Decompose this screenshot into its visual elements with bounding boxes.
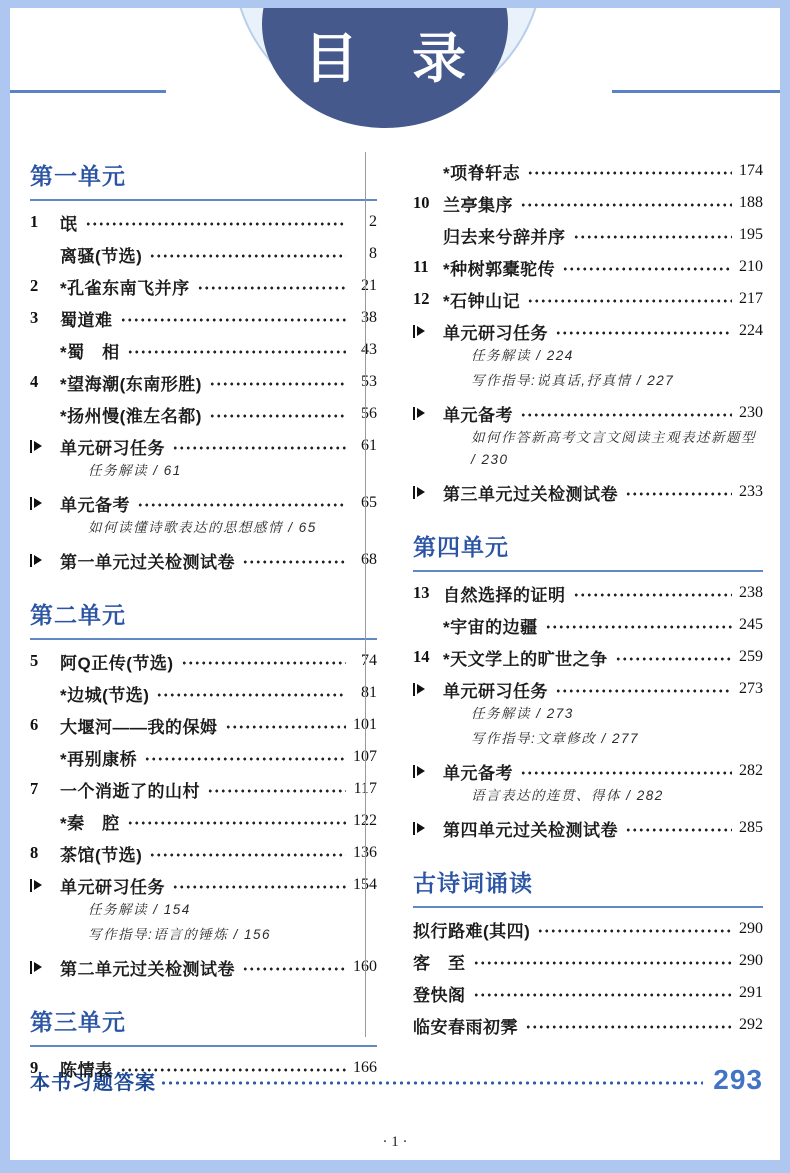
toc-entry: 单元备考65: [30, 492, 377, 514]
entry-title: 归去来兮辞并序: [443, 223, 566, 248]
toc-entry: 登快阁291: [413, 982, 763, 1004]
entry-title: 拟行路难(其四): [413, 917, 530, 942]
dot-leader: [85, 218, 347, 230]
entry-title: 蜀道难: [60, 306, 113, 331]
dot-leader: [120, 314, 347, 326]
toc-entry: 8茶馆(节选)136: [30, 842, 377, 864]
entry-note: 写作指导:语言的锤炼 / 156: [88, 924, 377, 946]
dot-leader: [137, 499, 346, 511]
play-marker-icon: [30, 879, 60, 892]
entry-title: *蜀 相: [60, 338, 120, 363]
dot-leader: [555, 685, 732, 697]
entry-title: *扬州慢(淮左名都): [60, 402, 202, 427]
dot-leader: [545, 621, 732, 633]
dot-leader: [172, 881, 346, 893]
toc-entry: 单元备考282: [413, 760, 763, 782]
entry-title: 一个消逝了的山村: [60, 777, 200, 802]
marker-bar-icon: [413, 765, 415, 778]
entry-page-number: 43: [351, 341, 377, 359]
play-marker-icon: [30, 961, 60, 974]
toc-entry: 第二单元过关检测试卷160: [30, 956, 377, 978]
toc-entry: *项脊轩志174: [413, 160, 763, 182]
entry-note: 语言表达的连贯、得体 / 282: [471, 785, 763, 807]
entry-title: *边城(节选): [60, 681, 149, 706]
entry-page-number: 154: [351, 876, 377, 894]
marker-bar-icon: [30, 440, 32, 453]
dot-leader: [149, 849, 346, 861]
toc-entry: 9陈情表166: [30, 1057, 377, 1079]
lesson-number: 14: [413, 647, 443, 667]
toc-entry: 6大堰河——我的保姆101: [30, 714, 377, 736]
lesson-number: 8: [30, 843, 60, 863]
entry-page-number: 245: [737, 616, 763, 634]
marker-bar-icon: [413, 822, 415, 835]
dot-leader: [172, 442, 346, 454]
marker-triangle-icon: [417, 766, 425, 776]
toc-entry: 10兰亭集序188: [413, 192, 763, 214]
toc-column-left: 第一单元1氓2离骚(节选)82*孔雀东南飞并序213蜀道难38*蜀 相434*望…: [30, 150, 377, 1042]
dot-leader: [156, 689, 346, 701]
entry-title: 单元备考: [443, 401, 513, 426]
toc-entry: 3蜀道难38: [30, 307, 377, 329]
entry-page-number: 53: [351, 373, 377, 391]
marker-bar-icon: [413, 407, 415, 420]
toc-entry: 单元研习任务273: [413, 678, 763, 700]
play-marker-icon: [413, 683, 443, 696]
entry-page-number: 21: [351, 277, 377, 295]
header-rule-left: [8, 90, 166, 93]
toc-entry: *宇宙的边疆245: [413, 614, 763, 636]
entry-title: 单元研习任务: [443, 319, 548, 344]
entry-note: 如何作答新高考文言文阅读主观表述新题型 / 230: [471, 427, 763, 471]
marker-bar-icon: [413, 325, 415, 338]
entry-page-number: 224: [737, 322, 763, 340]
dot-leader: [573, 589, 733, 601]
toc-columns: 第一单元1氓2离骚(节选)82*孔雀东南飞并序213蜀道难38*蜀 相434*望…: [0, 150, 790, 1042]
play-marker-icon: [413, 486, 443, 499]
entry-title: 陈情表: [60, 1056, 113, 1081]
marker-triangle-icon: [417, 408, 425, 418]
dot-leader: [225, 721, 347, 733]
toc-entry: 12*石钟山记217: [413, 288, 763, 310]
entry-page-number: 188: [737, 194, 763, 212]
toc-entry: 单元研习任务224: [413, 320, 763, 342]
section-heading: 第三单元: [30, 1004, 377, 1047]
entry-page-number: 273: [737, 680, 763, 698]
entry-title: 自然选择的证明: [443, 581, 566, 606]
toc-entry: 第一单元过关检测试卷68: [30, 549, 377, 571]
entry-title: 第三单元过关检测试卷: [443, 480, 618, 505]
entry-page-number: 285: [737, 819, 763, 837]
toc-page: 目 录 第一单元1氓2离骚(节选)82*孔雀东南飞并序213蜀道难38*蜀 相4…: [0, 0, 790, 1173]
entry-page-number: 210: [737, 258, 763, 276]
dot-leader: [149, 250, 346, 262]
entry-title: 客 至: [413, 949, 466, 974]
entry-page-number: 230: [737, 404, 763, 422]
entry-page-number: 117: [351, 780, 377, 798]
dot-leader: [625, 488, 732, 500]
entry-page-number: 136: [351, 844, 377, 862]
marker-triangle-icon: [417, 487, 425, 497]
play-marker-icon: [413, 822, 443, 835]
marker-triangle-icon: [34, 880, 42, 890]
dot-leader: [242, 556, 346, 568]
entry-title: *项脊轩志: [443, 159, 520, 184]
entry-page-number: 68: [351, 551, 377, 569]
entry-page-number: 233: [737, 483, 763, 501]
entry-note: 任务解读 / 273: [471, 703, 763, 725]
toc-entry: 5阿Q正传(节选)74: [30, 650, 377, 672]
entry-page-number: 160: [351, 958, 377, 976]
dot-leader: [207, 785, 346, 797]
dot-leader: [520, 767, 732, 779]
marker-triangle-icon: [417, 326, 425, 336]
lesson-number: 13: [413, 583, 443, 603]
entry-page-number: 61: [351, 437, 377, 455]
footer-page-number: · 1 ·: [0, 1134, 790, 1151]
toc-entry: 拟行路难(其四)290: [413, 918, 763, 940]
dot-leader: [537, 925, 732, 937]
toc-entry: 临安春雨初霁292: [413, 1014, 763, 1036]
entry-title: 登快阁: [413, 981, 466, 1006]
entry-page-number: 282: [737, 762, 763, 780]
entry-title: 茶馆(节选): [60, 841, 142, 866]
play-marker-icon: [30, 440, 60, 453]
entry-title: *望海潮(东南形胜): [60, 370, 202, 395]
toc-entry: 1氓2: [30, 211, 377, 233]
column-divider: [365, 152, 366, 1037]
entry-page-number: 217: [737, 290, 763, 308]
toc-entry: *边城(节选)81: [30, 682, 377, 704]
entry-page-number: 107: [351, 748, 377, 766]
dot-leader: [242, 963, 346, 975]
entry-page-number: 74: [351, 652, 377, 670]
play-marker-icon: [30, 554, 60, 567]
entry-page-number: 291: [737, 984, 763, 1002]
entry-title: 单元研习任务: [60, 873, 165, 898]
entry-title: 离骚(节选): [60, 242, 142, 267]
toc-entry: 离骚(节选)8: [30, 243, 377, 265]
lesson-number: 2: [30, 276, 60, 296]
marker-triangle-icon: [34, 498, 42, 508]
entry-title: *石钟山记: [443, 287, 520, 312]
toc-entry: 归去来兮辞并序195: [413, 224, 763, 246]
lesson-number: 12: [413, 289, 443, 309]
toc-entry: 单元备考230: [413, 402, 763, 424]
entry-title: 大堰河——我的保姆: [60, 713, 218, 738]
entry-page-number: 81: [351, 684, 377, 702]
toc-entry: 单元研习任务154: [30, 874, 377, 896]
entry-title: *宇宙的边疆: [443, 613, 538, 638]
dot-leader: [562, 263, 732, 275]
lesson-number: 3: [30, 308, 60, 328]
dot-leader: [473, 957, 733, 969]
answers-page-number: 293: [713, 1064, 763, 1096]
marker-triangle-icon: [417, 684, 425, 694]
lesson-number: 11: [413, 257, 443, 277]
dot-leader: [120, 1064, 347, 1076]
entry-page-number: 38: [351, 309, 377, 327]
toc-section: 第一单元1氓2离骚(节选)82*孔雀东南飞并序213蜀道难38*蜀 相434*望…: [30, 158, 377, 571]
entry-page-number: 290: [737, 920, 763, 938]
toc-header: 目 录: [0, 0, 790, 150]
entry-title: 单元研习任务: [443, 677, 548, 702]
dot-leader: [527, 295, 732, 307]
toc-entry: *再别康桥107: [30, 746, 377, 768]
toc-entry: 14*天文学上的旷世之争259: [413, 646, 763, 668]
entry-title: *天文学上的旷世之争: [443, 645, 608, 670]
marker-bar-icon: [413, 683, 415, 696]
entry-note: 如何读懂诗歌表达的思想感情 / 65: [88, 517, 377, 539]
marker-bar-icon: [30, 554, 32, 567]
dot-leader: [527, 167, 732, 179]
marker-bar-icon: [30, 879, 32, 892]
toc-entry: *秦 腔122: [30, 810, 377, 832]
toc-entry: 第四单元过关检测试卷285: [413, 817, 763, 839]
lesson-number: 4: [30, 372, 60, 392]
dot-leader: [615, 653, 732, 665]
toc-entry: 客 至290: [413, 950, 763, 972]
dot-leader: [573, 231, 733, 243]
section-heading: 第二单元: [30, 597, 377, 640]
lesson-number: 6: [30, 715, 60, 735]
lesson-number: 1: [30, 212, 60, 232]
dot-leader: [127, 817, 346, 829]
toc-section: 第四单元13自然选择的证明238*宇宙的边疆24514*天文学上的旷世之争259…: [413, 529, 763, 839]
marker-triangle-icon: [417, 823, 425, 833]
entry-title: 第一单元过关检测试卷: [60, 548, 235, 573]
play-marker-icon: [30, 497, 60, 510]
dot-leader: [520, 199, 732, 211]
toc-entry: *蜀 相43: [30, 339, 377, 361]
entry-title: 单元研习任务: [60, 434, 165, 459]
toc-entry: *扬州慢(淮左名都)56: [30, 403, 377, 425]
entry-note: 任务解读 / 61: [88, 460, 377, 482]
toc-section: 第二单元5阿Q正传(节选)74*边城(节选)816大堰河——我的保姆101*再别…: [30, 597, 377, 978]
toc-entry: 11*种树郭橐驼传210: [413, 256, 763, 278]
entry-title: 氓: [60, 210, 78, 235]
entry-title: 单元备考: [443, 759, 513, 784]
dot-leader: [197, 282, 346, 294]
entry-page-number: 166: [351, 1059, 377, 1077]
dot-leader: [209, 410, 346, 422]
dot-leader: [625, 824, 732, 836]
lesson-number: 9: [30, 1058, 60, 1078]
toc-column-right: *项脊轩志17410兰亭集序188归去来兮辞并序19511*种树郭橐驼传2101…: [413, 150, 763, 1042]
marker-triangle-icon: [34, 441, 42, 451]
entry-title: 临安春雨初霁: [413, 1013, 518, 1038]
marker-bar-icon: [30, 497, 32, 510]
entry-page-number: 2: [351, 213, 377, 231]
entry-page-number: 101: [351, 716, 377, 734]
entry-note: 写作指导:说真话,抒真情 / 227: [471, 370, 763, 392]
toc-section: 第三单元9陈情表166: [30, 1004, 377, 1079]
toc-entry: 单元研习任务61: [30, 435, 377, 457]
entry-title: 第四单元过关检测试卷: [443, 816, 618, 841]
marker-triangle-icon: [34, 962, 42, 972]
entry-title: *种树郭橐驼传: [443, 255, 555, 280]
entry-page-number: 290: [737, 952, 763, 970]
entry-note: 写作指导:文章修改 / 277: [471, 728, 763, 750]
lesson-number: 5: [30, 651, 60, 671]
section-heading: 第四单元: [413, 529, 763, 572]
dot-leader: [209, 378, 346, 390]
lesson-number: 7: [30, 779, 60, 799]
play-marker-icon: [413, 765, 443, 778]
entry-note: 任务解读 / 224: [471, 345, 763, 367]
play-marker-icon: [413, 325, 443, 338]
entry-page-number: 65: [351, 494, 377, 512]
entry-title: 单元备考: [60, 491, 130, 516]
dot-leader: [520, 409, 732, 421]
lesson-number: 10: [413, 193, 443, 213]
toc-entry: 4*望海潮(东南形胜)53: [30, 371, 377, 393]
entry-title: *再别康桥: [60, 745, 137, 770]
entry-page-number: 56: [351, 405, 377, 423]
entry-page-number: 122: [351, 812, 377, 830]
page-title: 目 录: [262, 16, 508, 93]
section-heading: 第一单元: [30, 158, 377, 201]
entry-page-number: 8: [351, 245, 377, 263]
entry-title: 阿Q正传(节选): [60, 649, 174, 674]
marker-triangle-icon: [34, 555, 42, 565]
dot-leader: [555, 327, 732, 339]
section-heading: 古诗词诵读: [413, 865, 763, 908]
entry-title: *秦 腔: [60, 809, 120, 834]
dot-leader: [127, 346, 346, 358]
dot-leader: [473, 989, 733, 1001]
toc-entry: 13自然选择的证明238: [413, 582, 763, 604]
entry-note: 任务解读 / 154: [88, 899, 377, 921]
toc-section: 古诗词诵读拟行路难(其四)290客 至290登快阁291临安春雨初霁292: [413, 865, 763, 1036]
dot-leader: [525, 1021, 732, 1033]
dot-leader: [144, 753, 346, 765]
entry-page-number: 259: [737, 648, 763, 666]
toc-entry: 2*孔雀东南飞并序21: [30, 275, 377, 297]
entry-title: 第二单元过关检测试卷: [60, 955, 235, 980]
entry-page-number: 195: [737, 226, 763, 244]
entry-page-number: 174: [737, 162, 763, 180]
entry-title: 兰亭集序: [443, 191, 513, 216]
toc-section-continued: *项脊轩志17410兰亭集序188归去来兮辞并序19511*种树郭橐驼传2101…: [413, 160, 763, 503]
dot-leader: [181, 657, 346, 669]
toc-entry: 第三单元过关检测试卷233: [413, 481, 763, 503]
header-rule-right: [612, 90, 784, 93]
entry-page-number: 238: [737, 584, 763, 602]
marker-bar-icon: [413, 486, 415, 499]
marker-bar-icon: [30, 961, 32, 974]
play-marker-icon: [413, 407, 443, 420]
entry-page-number: 292: [737, 1016, 763, 1034]
toc-entry: 7一个消逝了的山村117: [30, 778, 377, 800]
entry-title: *孔雀东南飞并序: [60, 274, 190, 299]
